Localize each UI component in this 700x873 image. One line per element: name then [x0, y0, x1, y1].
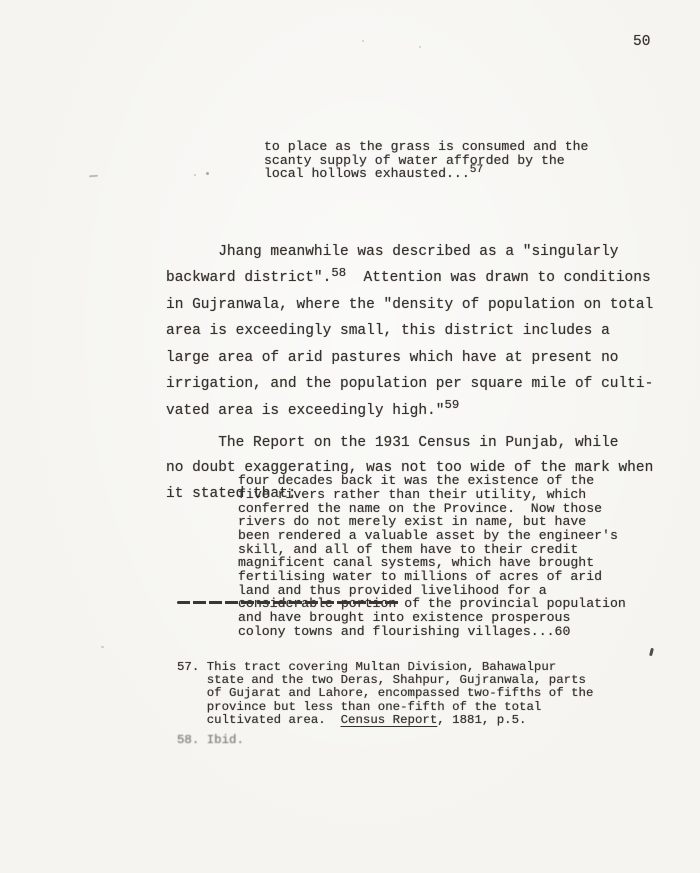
text-line: been rendered a valuable asset by the en…	[238, 529, 626, 543]
footnote-separator-line	[177, 601, 400, 604]
text-run: backward district".	[166, 270, 331, 286]
scan-ink-mark	[649, 648, 654, 656]
text-line: 58. Ibid.	[177, 734, 244, 747]
scan-speck	[101, 646, 104, 648]
text-line: rivers do not merely exist in name, but …	[238, 515, 626, 529]
scan-speck	[89, 175, 98, 178]
text-line: conferred the name on the Province. Now …	[238, 502, 626, 516]
text-line: skill, and all of them have to their cre…	[238, 543, 626, 557]
text-line: land and thus provided livelihood for a	[238, 584, 626, 598]
footnote-ref: 58	[331, 266, 346, 280]
text-run: , 1881, p.5.	[437, 713, 526, 727]
text-line: backward district".58 Attention was draw…	[166, 265, 653, 292]
scan-speck	[206, 172, 209, 175]
text-run: Attention was drawn to conditions	[346, 270, 651, 286]
text-line: five rivers rather than their utility, w…	[238, 488, 626, 502]
text-line: four decades back it was the existence o…	[238, 474, 626, 488]
text-line: fertilising water to millions of acres o…	[238, 570, 626, 584]
text-line: Jhang meanwhile was described as a "sing…	[166, 239, 653, 266]
document-page: 50 to place as the grass is consumed and…	[0, 0, 700, 873]
text-line: to place as the grass is consumed and th…	[264, 140, 588, 153]
underlined-citation: Census Report	[341, 713, 438, 727]
scan-speck	[419, 46, 421, 48]
block-quote-2: four decades back it was the existence o…	[238, 433, 626, 639]
text-line: considerable portion of the provincial p…	[238, 597, 626, 611]
text-line: magnificent canal systems, which have br…	[238, 556, 626, 570]
page-number: 50	[633, 34, 650, 50]
text-line: area is exceedingly small, this district…	[166, 318, 653, 345]
scan-speck	[194, 174, 196, 176]
text-line: in Gujranwala, where the "density of pop…	[166, 292, 653, 319]
scan-speck	[362, 40, 364, 42]
footnote-58: 58. Ibid.	[177, 694, 244, 747]
